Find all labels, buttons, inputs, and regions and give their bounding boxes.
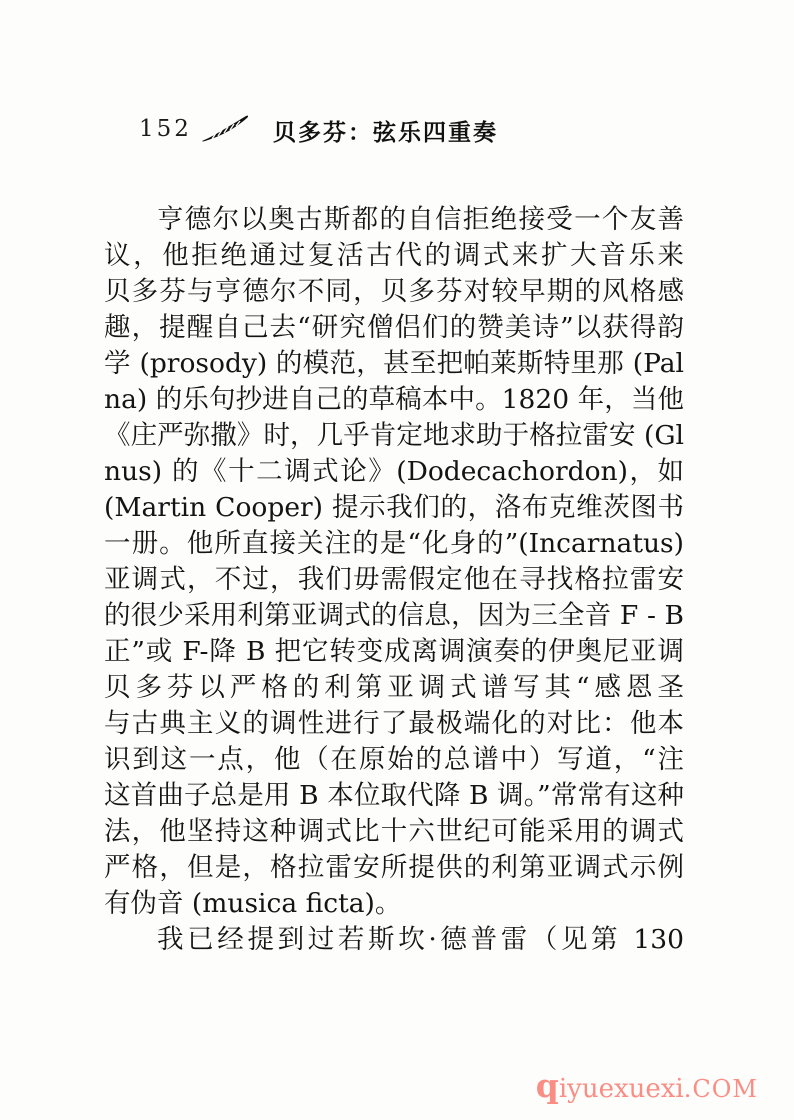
- watermark-prefix: q: [536, 1066, 559, 1105]
- body-text-line: 亨德尔以奥古斯都的自信拒绝接受一个友善的建: [104, 202, 684, 238]
- watermark-suffix: .COM: [684, 1075, 758, 1103]
- body-text-line: 与古典主义的调性进行了最极端化的对比：他本人意: [104, 706, 684, 742]
- body-text-line: 识到这一点，他（在原始的总谱中）写道，“注意：: [104, 742, 684, 778]
- watermark-middle: iyuexuexi: [559, 1074, 684, 1104]
- body-text-line: 严格，但是，格拉雷安所提供的利第亚调式示例竟没: [104, 850, 684, 886]
- book-title: 贝多芬：弦乐四重奏: [273, 114, 498, 147]
- body-text-line: 《庄严弥撒》时，几乎肯定地求助于格拉雷安 (Glarea-: [104, 418, 684, 454]
- watermark: qiyuexuexi.COM: [536, 1068, 758, 1104]
- body-text-line: 一册。他所直接关注的是“化身的”(Incarnatus) 多利: [104, 526, 684, 562]
- body-text-line: nus) 的《十二调式论》(Dodecachordon)，如马丁·库珀: [104, 454, 684, 490]
- body-text-line: 的很少采用利第亚调式的信息，因为三全音 F - B “修: [104, 598, 684, 634]
- body-text: 亨德尔以奥古斯都的自信拒绝接受一个友善的建议，他拒绝通过复活古代的调式来扩大音乐…: [104, 202, 684, 958]
- body-text-line: (Martin Cooper) 提示我们的，洛布克维茨图书馆藏有: [104, 490, 684, 526]
- body-text-line: 议，他拒绝通过复活古代的调式来扩大音乐来源，但: [104, 238, 684, 274]
- quill-feather-icon: [200, 112, 254, 144]
- body-text-line: 趣，提醒自己去“研究僧侣们的赞美诗”以获得韵律: [104, 310, 684, 346]
- body-text-line: na) 的乐句抄进自己的草稿本中。1820 年，当他创作: [104, 382, 684, 418]
- body-text-line: 正”或 F-降 B 把它转变成离调演奏的伊奥尼亚调式。: [104, 634, 684, 670]
- body-text-line: 贝多芬与亨德尔不同，贝多芬对较早期的风格感兴: [104, 274, 684, 310]
- body-text-line: 我已经提到过若斯坎·德普雷（见第 130 页），对贝: [104, 922, 684, 958]
- body-text-line: 有伪音 (musica ficta)。: [104, 886, 684, 922]
- body-text-line: 亚调式，不过，我们毋需假定他在寻找格拉雷安所说: [104, 562, 684, 598]
- body-text-line: 这首曲子总是用 B 本位取代降 B 调。”常常有这种说: [104, 778, 684, 814]
- body-text-line: 学 (prosody) 的模范，甚至把帕莱斯特里那 (Palestri-: [104, 346, 684, 382]
- scanned-book-page: 152 贝多芬：弦乐四重奏 亨德尔以奥古斯都的自信拒绝接受一个友善的建议，他拒绝…: [0, 0, 794, 1120]
- body-text-line: 法，他坚持这种调式比十六世纪可能采用的调式更加: [104, 814, 684, 850]
- page-number: 152: [139, 116, 192, 142]
- body-text-line: 贝多芬以严格的利第亚调式谱写其“感恩圣歌”时，: [104, 670, 684, 706]
